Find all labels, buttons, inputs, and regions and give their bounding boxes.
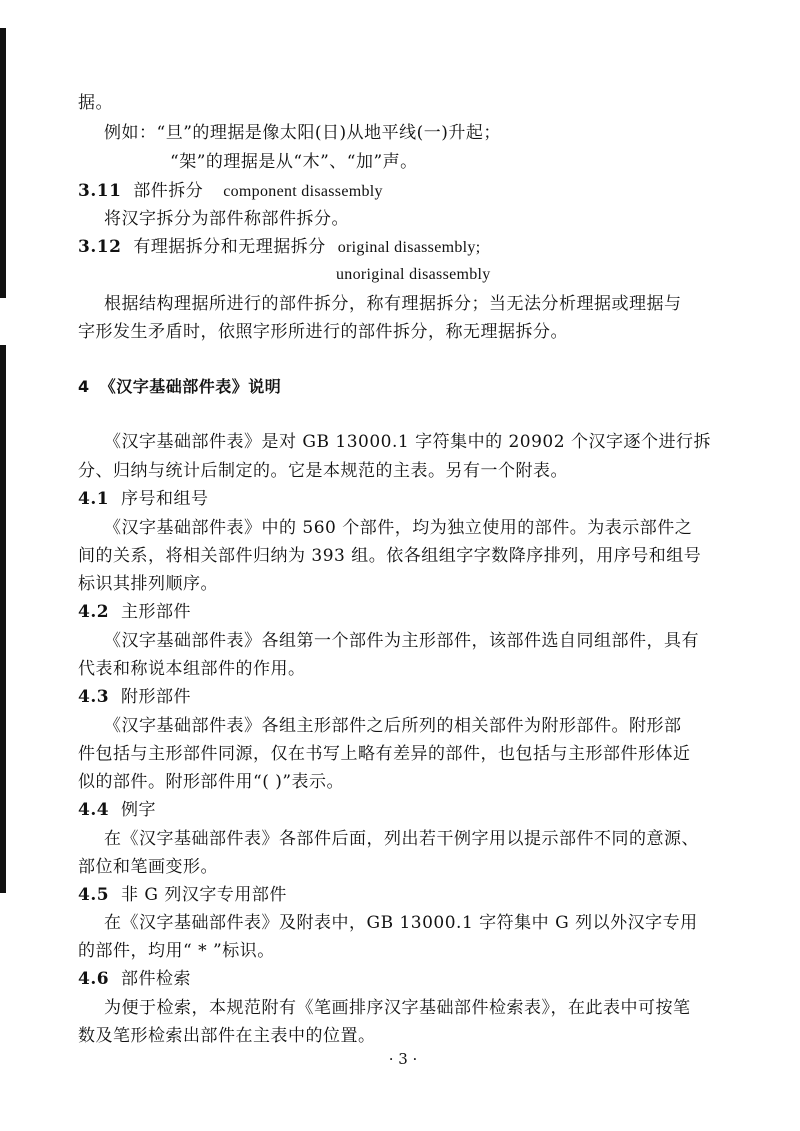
paragraph-line: 的部件，均用“ * ”标识。 [78, 941, 275, 961]
paragraph-line: 在《汉字基础部件表》各部件后面，列出若干例字用以提示部件不同的意源、 [104, 829, 699, 849]
paragraph-line: 《汉字基础部件表》各组主形部件之后所列的相关部件为附形部件。附形部 [104, 716, 682, 736]
paragraph-line: 《汉字基础部件表》是对 GB 13000.1 字符集中的 20902 个汉字逐个… [104, 432, 711, 452]
section-number: 4.5 [78, 885, 109, 905]
section-title: 部件检索 [121, 969, 191, 989]
section-heading-3-12: 3.12 有理据拆分和无理据拆分 original disassembly; [78, 237, 480, 258]
section-heading-4-1: 4.1 序号和组号 [78, 489, 208, 509]
paragraph-line: 《汉字基础部件表》中的 560 个部件，均为独立使用的部件。为表示部件之 [104, 518, 692, 538]
paragraph-line: 《汉字基础部件表》各组第一个部件为主形部件，该部件选自同组部件，具有 [104, 631, 699, 651]
section-title: 有理据拆分和无理据拆分 [133, 237, 326, 257]
paragraph-line: 似的部件。附形部件用“( )”表示。 [78, 772, 344, 792]
paragraph-line: 间的关系，将相关部件归纳为 393 组。依各组组字字数降序排列，用序号和组号 [78, 546, 701, 566]
section-heading-4-3: 4.3 附形部件 [78, 687, 191, 707]
paragraph-line: 据。 [78, 93, 113, 113]
section-heading-4: 4 《汉字基础部件表》说明 [78, 377, 281, 397]
section-title: 例字 [121, 800, 156, 820]
section-title-en: original disassembly; [338, 239, 481, 256]
paragraph-line: 为便于检索，本规范附有《笔画排序汉字基础部件检索表》，在此表中可按笔 [104, 998, 691, 1018]
section-number: 4.6 [78, 969, 109, 989]
section-number: 3.12 [78, 237, 121, 257]
section-heading-4-5: 4.5 非 G 列汉字专用部件 [78, 885, 287, 905]
section-number: 4 [78, 377, 90, 396]
section-heading-4-2: 4.2 主形部件 [78, 602, 191, 622]
section-title: 主形部件 [121, 602, 191, 622]
example-line: 例如：“旦”的理据是像太阳(日)从地平线(一)升起； [104, 123, 501, 143]
section-title: 序号和组号 [121, 489, 209, 509]
section-title-en: component disassembly [223, 183, 383, 200]
page-number: · 3 · [78, 1050, 728, 1068]
paragraph-line: 将汉字拆分为部件称部件拆分。 [104, 209, 349, 229]
paragraph-line: 部位和笔画变形。 [78, 857, 218, 877]
paragraph-line: 标识其排列顺序。 [78, 574, 218, 594]
paragraph-line: 分、归纳与统计后制定的。它是本规范的主表。另有一个附表。 [78, 461, 568, 481]
section-title: 部件拆分 [133, 181, 203, 201]
section-number: 4.2 [78, 602, 109, 622]
scan-binding-edge [0, 28, 6, 298]
paragraph-line: 根据结构理据所进行的部件拆分，称有理据拆分；当无法分析理据或理据与 [104, 294, 682, 314]
paragraph-line: 代表和称说本组部件的作用。 [78, 659, 306, 679]
section-heading-4-4: 4.4 例字 [78, 800, 156, 820]
section-title: 非 G 列汉字专用部件 [121, 885, 287, 905]
section-heading-3-11: 3.11 部件拆分 component disassembly [78, 181, 383, 202]
example-line: “架”的理据是从“木”、“加”声。 [170, 152, 418, 172]
section-number: 4.1 [78, 489, 109, 509]
paragraph-line: 数及笔形检索出部件在主表中的位置。 [78, 1026, 376, 1046]
scan-binding-edge [0, 345, 6, 893]
paragraph-line: 字形发生矛盾时，依照字形所进行的部件拆分，称无理据拆分。 [78, 322, 568, 342]
paragraph-line: 件包括与主形部件同源，仅在书写上略有差异的部件，也包括与主形部件形体近 [78, 744, 691, 764]
section-number: 3.11 [78, 181, 121, 201]
section-number: 4.4 [78, 800, 109, 820]
paragraph-line: 在《汉字基础部件表》及附表中，GB 13000.1 字符集中 G 列以外汉字专用 [104, 913, 698, 933]
section-title: 《汉字基础部件表》说明 [100, 377, 282, 396]
section-heading-4-6: 4.6 部件检索 [78, 969, 191, 989]
section-title-en-continued: unoriginal disassembly [336, 265, 491, 285]
section-number: 4.3 [78, 687, 109, 707]
section-title: 附形部件 [121, 687, 191, 707]
